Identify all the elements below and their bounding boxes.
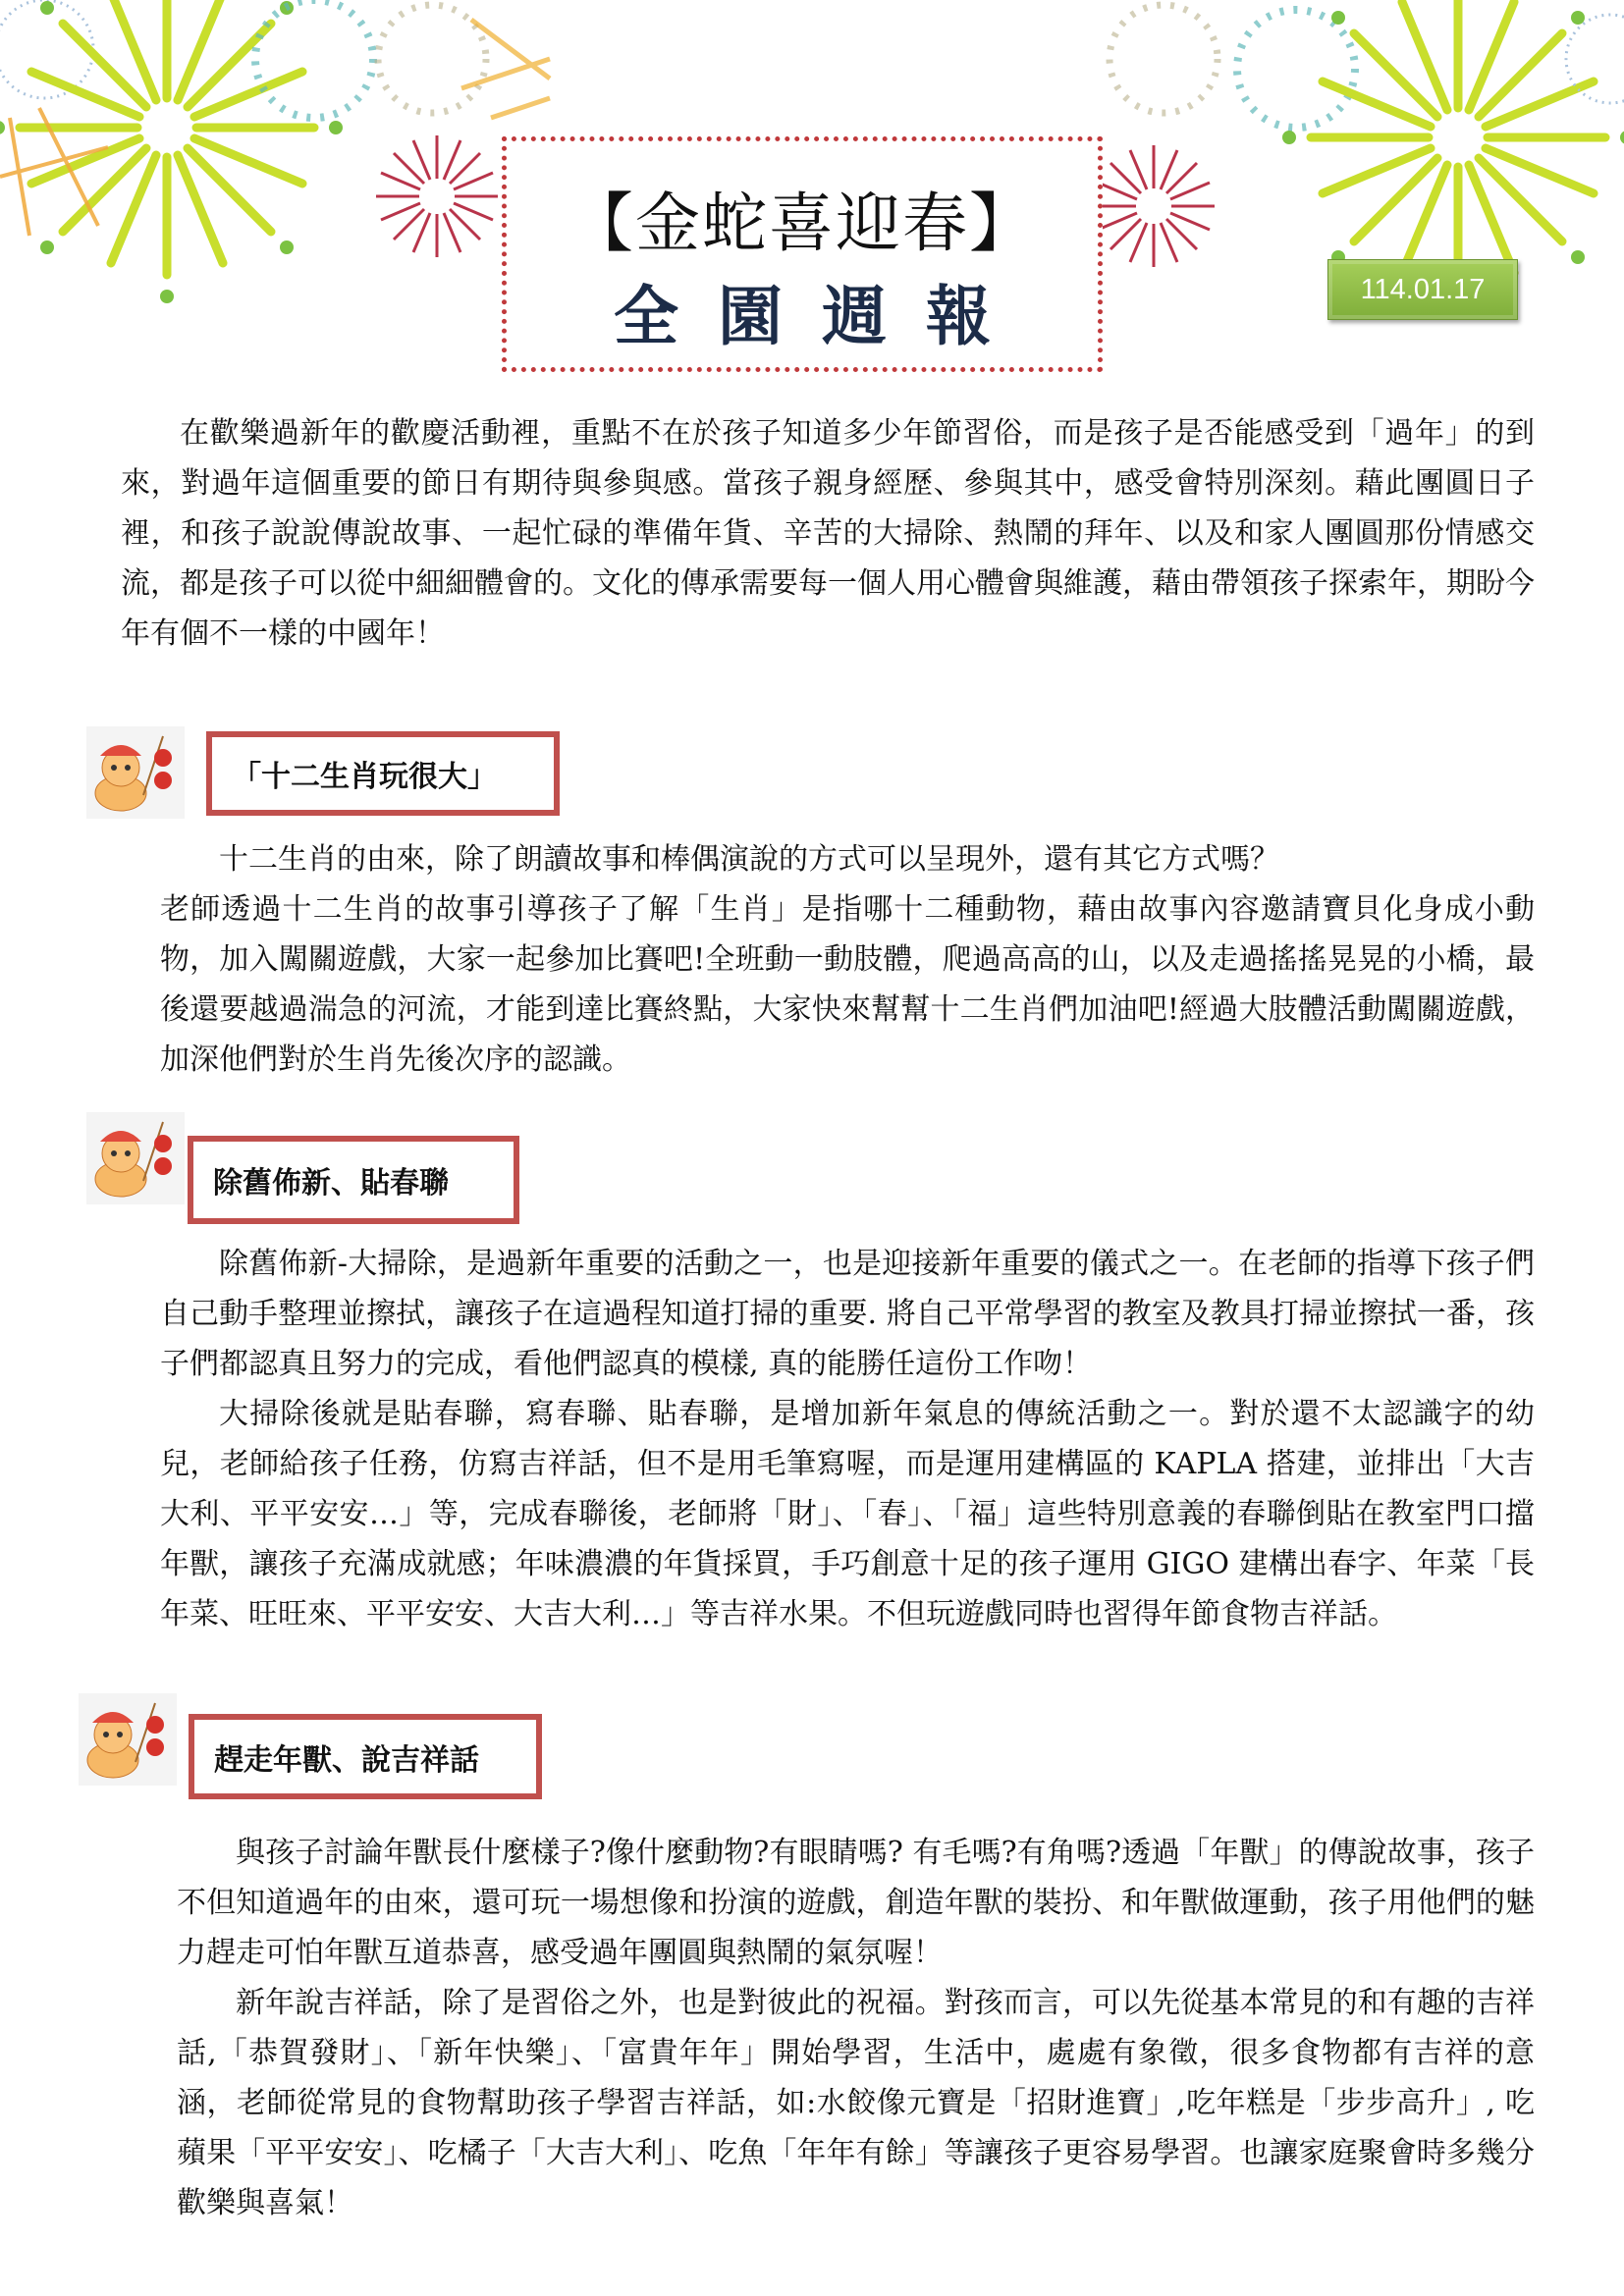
section-body-cleaning: 除舊佈新-大掃除，是過新年重要的活動之一，也是迎接新年重要的儀式之一。在老師的指… <box>160 1239 1535 1639</box>
section-body-zodiac: 十二生肖的由來，除了朗讀故事和棒偶演說的方式可以呈現外，還有其它方式嗎？ 老師透… <box>160 834 1535 1085</box>
section-paragraph: 老師透過十二生肖的故事引導孩子了解「生肖」是指哪十二種動物，藉由故事內容邀請寶貝… <box>160 884 1535 1085</box>
snake-lion-dance-icon <box>79 1693 177 1786</box>
section-paragraph: 與孩子討論年獸長什麼樣子?像什麼動物?有眼睛嗎? 有毛嗎?有角嗎?透過「年獸」的… <box>177 1828 1535 1978</box>
section-paragraph: 新年說吉祥話，除了是習俗之外，也是對彼此的祝福。對孩而言，可以先從基本常見的和有… <box>177 1978 1535 2228</box>
newsletter-theme-title: 【金蛇喜迎春】 <box>507 171 1098 264</box>
section-paragraph: 十二生肖的由來，除了朗讀故事和棒偶演說的方式可以呈現外，還有其它方式嗎？ <box>160 834 1535 884</box>
section-title-zodiac: 「十二生肖玩很大」 <box>206 731 560 816</box>
newsletter-title-frame: 【金蛇喜迎春】 全園週報 <box>502 136 1103 372</box>
date-badge: 114.01.17 <box>1327 259 1518 320</box>
section-title-nian-beast: 趕走年獸、說吉祥話 <box>189 1714 542 1799</box>
section-paragraph: 除舊佈新-大掃除，是過新年重要的活動之一，也是迎接新年重要的儀式之一。在老師的指… <box>160 1239 1535 1389</box>
section-title-cleaning: 除舊佈新、貼春聯 <box>188 1136 519 1224</box>
snake-lion-dance-icon <box>86 1112 185 1204</box>
section-body-nian-beast: 與孩子討論年獸長什麼樣子?像什麼動物?有眼睛嗎? 有毛嗎?有角嗎?透過「年獸」的… <box>177 1828 1535 2228</box>
section-paragraph: 大掃除後就是貼春聯，寫春聯、貼春聯，是增加新年氣息的傳統活動之一。對於還不太認識… <box>160 1389 1535 1639</box>
snake-lion-dance-icon <box>86 726 185 819</box>
intro-text: 在歡樂過新年的歡慶活動裡，重點不在於孩子知道多少年節習俗，而是孩子是否能感受到「… <box>121 408 1535 659</box>
newsletter-title: 全園週報 <box>507 264 1098 357</box>
intro-paragraph: 在歡樂過新年的歡慶活動裡，重點不在於孩子知道多少年節習俗，而是孩子是否能感受到「… <box>121 408 1535 659</box>
